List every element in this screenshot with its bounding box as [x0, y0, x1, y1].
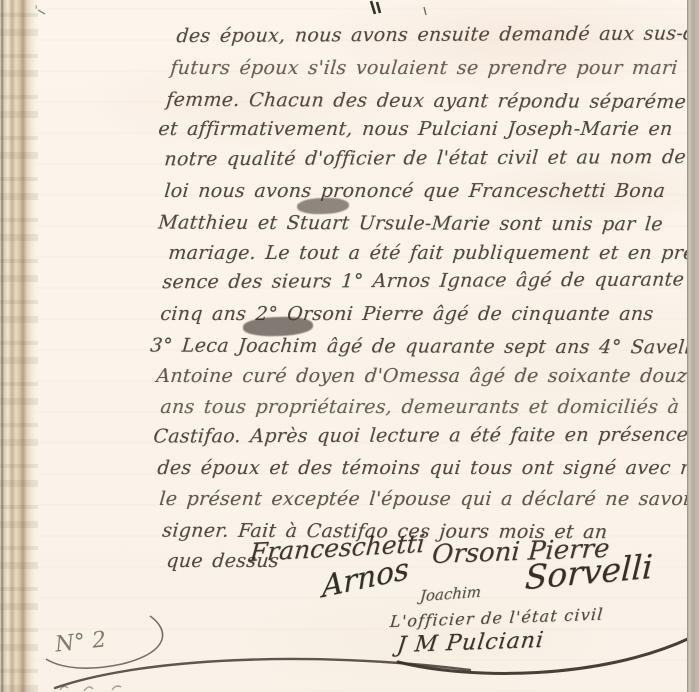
manuscript-line: ans tous propriétaires, demeurants et do… [0, 396, 699, 427]
manuscript-line: des époux, nous avons ensuite demandé au… [0, 22, 699, 56]
manuscript-line: 3° Leca Joachim âgé de quarante sept ans… [0, 334, 699, 367]
manuscript-line: futurs époux s'ils voulaient se prendre … [0, 57, 699, 88]
manuscript-line: le présent exceptée l'épouse qui a décla… [0, 488, 699, 519]
top-ink-mark [371, 1, 380, 14]
manuscript-line: Matthieu et Stuart Ursule-Marie sont uni… [0, 211, 699, 244]
signature-officer: J M Pulciani [395, 628, 545, 658]
scan-edge-strip [687, 0, 699, 692]
manuscript-text-block: des époux, nous avons ensuite demandé au… [0, 26, 699, 580]
manuscript-line: mariage. Le tout a été fait publiquement… [0, 242, 699, 273]
manuscript-line: femme. Chacun des deux ayant répondu sép… [0, 88, 699, 122]
bottom-paraph-stroke [55, 659, 470, 688]
manuscript-line: Castifao. Après quoi lecture a été faite… [0, 424, 699, 457]
manuscript-line: des époux et des témoins qui tous ont si… [0, 457, 699, 488]
signature-joachim: Joachim [419, 583, 481, 605]
cutoff-writing-strokes [60, 686, 121, 691]
officer-title-line: L'officier de l'état civil [389, 605, 604, 632]
manuscript-line: sence des sieurs 1° Arnos Ignace âgé de … [0, 269, 699, 303]
book-binding-edge [0, 0, 38, 692]
manuscript-line: loi nous avons prononcé que Franceschett… [0, 180, 699, 211]
manuscript-line: cinq ans 2° Orsoni Pierre âgé de cinquan… [0, 303, 699, 334]
manuscript-line: Antoine curé doyen d'Omessa âgé de soixa… [0, 365, 699, 396]
manuscript-line: et affirmativement, nous Pulciani Joseph… [0, 118, 699, 149]
margin-annotation-number: N° 2 [54, 627, 108, 657]
scanned-manuscript-page: des époux, nous avons ensuite demandé au… [0, 0, 699, 692]
manuscript-line: notre qualité d'officier de l'état civil… [0, 146, 699, 180]
tick-mark [424, 7, 426, 15]
